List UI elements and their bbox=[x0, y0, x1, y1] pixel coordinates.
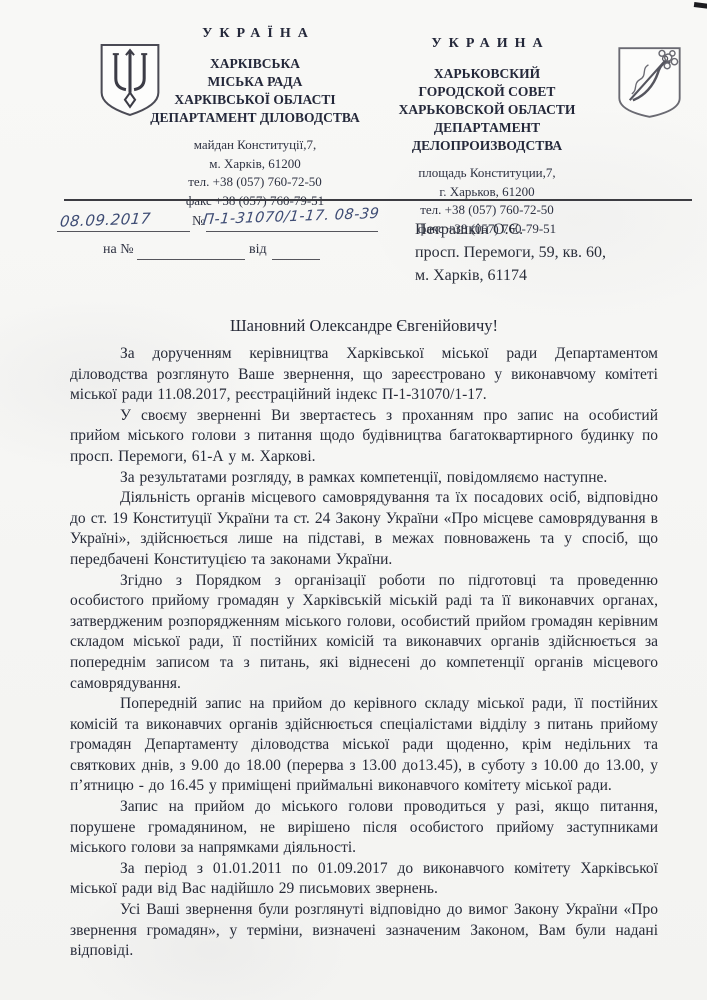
header-divider bbox=[64, 199, 692, 201]
recipient-street: просп. Перемоги, 59, кв. 60, bbox=[415, 241, 606, 264]
paragraph: Усі Ваші звернення були розглянуті відпо… bbox=[70, 900, 658, 962]
paragraph: Діяльність органів місцевого самоврядува… bbox=[70, 488, 658, 570]
paragraph: Запис на прийом до міського голови прово… bbox=[70, 797, 658, 859]
date-underline bbox=[57, 231, 190, 232]
recipient-name: Петрашкін О.Є. bbox=[415, 218, 606, 241]
scan-artifact-corner bbox=[694, 2, 707, 9]
org-line: МІСЬКА РАДА bbox=[148, 73, 362, 91]
org-name-uk: ХАРКІВСЬКА МІСЬКА РАДА ХАРКІВСЬКОЇ ОБЛАС… bbox=[148, 55, 362, 127]
kharkiv-coat-of-arms-icon bbox=[612, 44, 687, 121]
letterhead-ukrainian: УКРАЇНА ХАРКІВСЬКА МІСЬКА РАДА ХАРКІВСЬК… bbox=[148, 26, 362, 210]
recipient-block: Петрашкін О.Є. просп. Перемоги, 59, кв. … bbox=[415, 218, 606, 287]
org-name-ru: ХАРЬКОВСКИЙ ГОРОДСКОЙ СОВЕТ ХАРЬКОВСКОЙ … bbox=[370, 65, 604, 155]
country-name-ru: УКРАИНА bbox=[370, 36, 604, 52]
number-underline bbox=[206, 231, 378, 232]
salutation: Шановний Олександре Євгенійовичу! bbox=[70, 316, 658, 336]
address-line: площадь Конституции,7, bbox=[370, 164, 604, 183]
paragraph: Попередній запис на прийом до керівного … bbox=[70, 694, 658, 797]
paragraph: У своєму зверненні Ви звертаєтесь з прох… bbox=[70, 406, 658, 468]
address-line: м. Харків, 61200 bbox=[148, 155, 362, 174]
reply-number-underline bbox=[137, 259, 245, 260]
org-line: ГОРОДСКОЙ СОВЕТ bbox=[370, 83, 604, 101]
org-line: ХАРЬКОВСКОЙ ОБЛАСТИ bbox=[370, 101, 604, 119]
reply-date-label: від bbox=[249, 242, 267, 258]
reply-to-number-label: на № bbox=[103, 242, 134, 258]
letter-body: За дорученням керівництва Харківської мі… bbox=[70, 344, 658, 962]
org-line: ХАРЬКОВСКИЙ bbox=[370, 65, 604, 83]
paragraph: За період з 01.01.2011 по 01.09.2017 до … bbox=[70, 859, 658, 900]
country-name-uk: УКРАЇНА bbox=[148, 26, 362, 42]
paragraph: За дорученням керівництва Харківської мі… bbox=[70, 344, 658, 406]
reply-date-underline bbox=[272, 259, 320, 260]
handwritten-date: 08.09.2017 bbox=[59, 209, 152, 230]
address-line: майдан Конституції,7, bbox=[148, 136, 362, 155]
org-line: ДЕПАРТАМЕНТ ДЕЛОПРОИЗВОДСТВА bbox=[370, 119, 604, 155]
scanned-letter-page: УКРАЇНА ХАРКІВСЬКА МІСЬКА РАДА ХАРКІВСЬК… bbox=[0, 0, 707, 1000]
org-line: ХАРКІВСЬКА bbox=[148, 55, 362, 73]
letterhead-russian: УКРАИНА ХАРЬКОВСКИЙ ГОРОДСКОЙ СОВЕТ ХАРЬ… bbox=[370, 36, 604, 238]
paragraph: За результатами розгляду, в рамках компе… bbox=[70, 468, 658, 489]
paragraph: Згідно з Порядком з організації роботи п… bbox=[70, 571, 658, 695]
phone-line: тел. +38 (057) 760-72-50 bbox=[148, 173, 362, 192]
phone-line: тел. +38 (057) 760-72-50 bbox=[370, 201, 604, 220]
org-line: ДЕПАРТАМЕНТ ДІЛОВОДСТВА bbox=[148, 109, 362, 127]
recipient-city: м. Харків, 61174 bbox=[415, 264, 606, 287]
org-line: ХАРКІВСЬКОЇ ОБЛАСТІ bbox=[148, 91, 362, 109]
